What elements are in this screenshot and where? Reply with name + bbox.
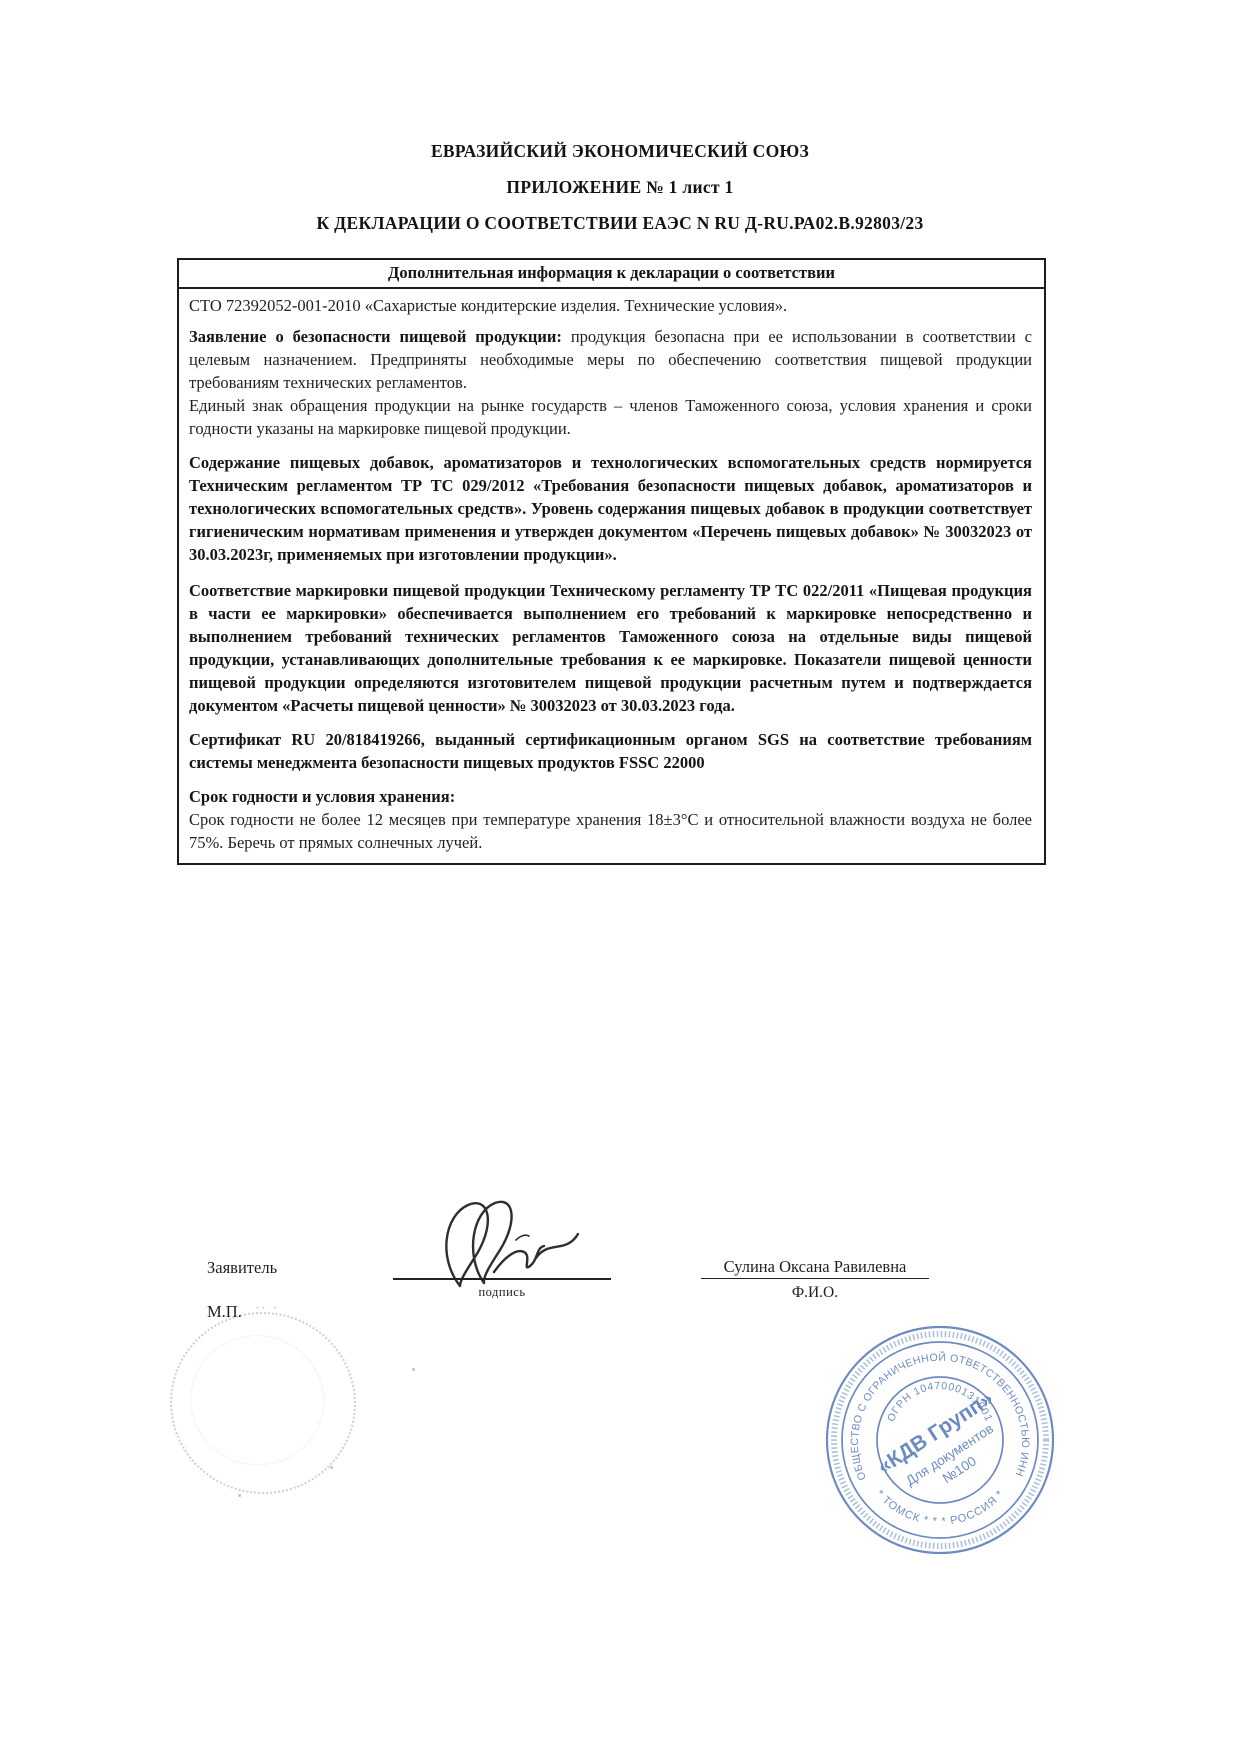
food-safety-lead: Заявление о безопасности пищевой продукц… xyxy=(189,327,562,346)
applicant-label: Заявитель xyxy=(207,1258,277,1278)
fio-caption: Ф.И.О. xyxy=(701,1284,929,1302)
union-title: ЕВРАЗИЙСКИЙ ЭКОНОМИЧЕСКИЙ СОЮЗ xyxy=(0,141,1240,162)
signature-caption: подпись xyxy=(393,1285,611,1300)
scan-speck xyxy=(330,1466,333,1469)
signature-image xyxy=(432,1196,597,1291)
document-page: ЕВРАЗИЙСКИЙ ЭКОНОМИЧЕСКИЙ СОЮЗ ПРИЛОЖЕНИ… xyxy=(0,0,1240,1754)
appendix-title: ПРИЛОЖЕНИЕ № 1 лист 1 xyxy=(0,177,1240,198)
company-stamp: ОБЩЕСТВО С ОГРАНИЧЕННОЙ ОТВЕТСТВЕННОСТЬЮ… xyxy=(805,1305,1075,1575)
shelf-life-paragraph: Срок годности не более 12 месяцев при те… xyxy=(189,808,1032,854)
faint-stamp-imprint xyxy=(158,1300,368,1506)
applicant-name: Сулина Оксана Равилевна xyxy=(701,1257,929,1279)
declaration-number-title: К ДЕКЛАРАЦИИ О СООТВЕТСТВИИ ЕАЭС N RU Д-… xyxy=(0,213,1240,234)
svg-text:* ТОМСК * * * РОССИЯ *: * ТОМСК * * * РОССИЯ * xyxy=(873,1488,1006,1528)
sto-paragraph: СТО 72392052-001-2010 «Сахаристые кондит… xyxy=(189,294,1032,317)
table-body: СТО 72392052-001-2010 «Сахаристые кондит… xyxy=(179,289,1044,863)
scan-speck xyxy=(238,1494,241,1497)
additional-info-table: Дополнительная информация к декларации о… xyxy=(177,258,1046,865)
stamp-ring-bottom-text: * ТОМСК * * * РОССИЯ * xyxy=(873,1488,1006,1528)
single-sign-paragraph: Единый знак обращения продукции на рынке… xyxy=(189,394,1032,440)
additives-paragraph: Содержание пищевых добавок, ароматизатор… xyxy=(189,451,1032,566)
document-header: ЕВРАЗИЙСКИЙ ЭКОНОМИЧЕСКИЙ СОЮЗ ПРИЛОЖЕНИ… xyxy=(0,141,1240,249)
scan-speck xyxy=(412,1368,415,1371)
shelf-life-heading: Срок годности и условия хранения: xyxy=(189,785,1032,808)
food-safety-paragraph: Заявление о безопасности пищевой продукц… xyxy=(189,325,1032,394)
labeling-paragraph: Соответствие маркировки пищевой продукци… xyxy=(189,579,1032,717)
certificate-paragraph: Сертификат RU 20/818419266, выданный сер… xyxy=(189,728,1032,774)
signature-line xyxy=(393,1278,611,1280)
table-header: Дополнительная информация к декларации о… xyxy=(179,260,1044,289)
